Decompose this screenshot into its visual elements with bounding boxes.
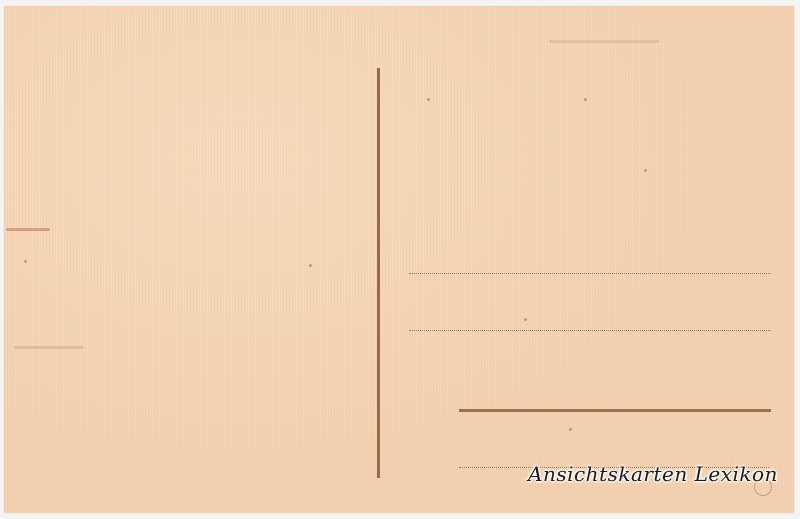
paper-speck [524,318,527,321]
address-line-1 [409,273,771,274]
center-divider-line [377,68,380,478]
paper-speck [427,98,430,101]
postcard-back [4,6,794,513]
ink-smudge [549,40,659,43]
address-line-solid [459,409,771,412]
paper-speck [584,98,587,101]
watermark-text: Ansichtskarten Lexikon [528,462,778,486]
paper-speck [644,169,647,172]
address-line-2 [409,330,771,331]
ink-smudge [6,228,50,231]
ink-smudge [14,346,84,349]
paper-speck [24,260,27,263]
paper-speck [569,428,572,431]
paper-speck [309,264,312,267]
